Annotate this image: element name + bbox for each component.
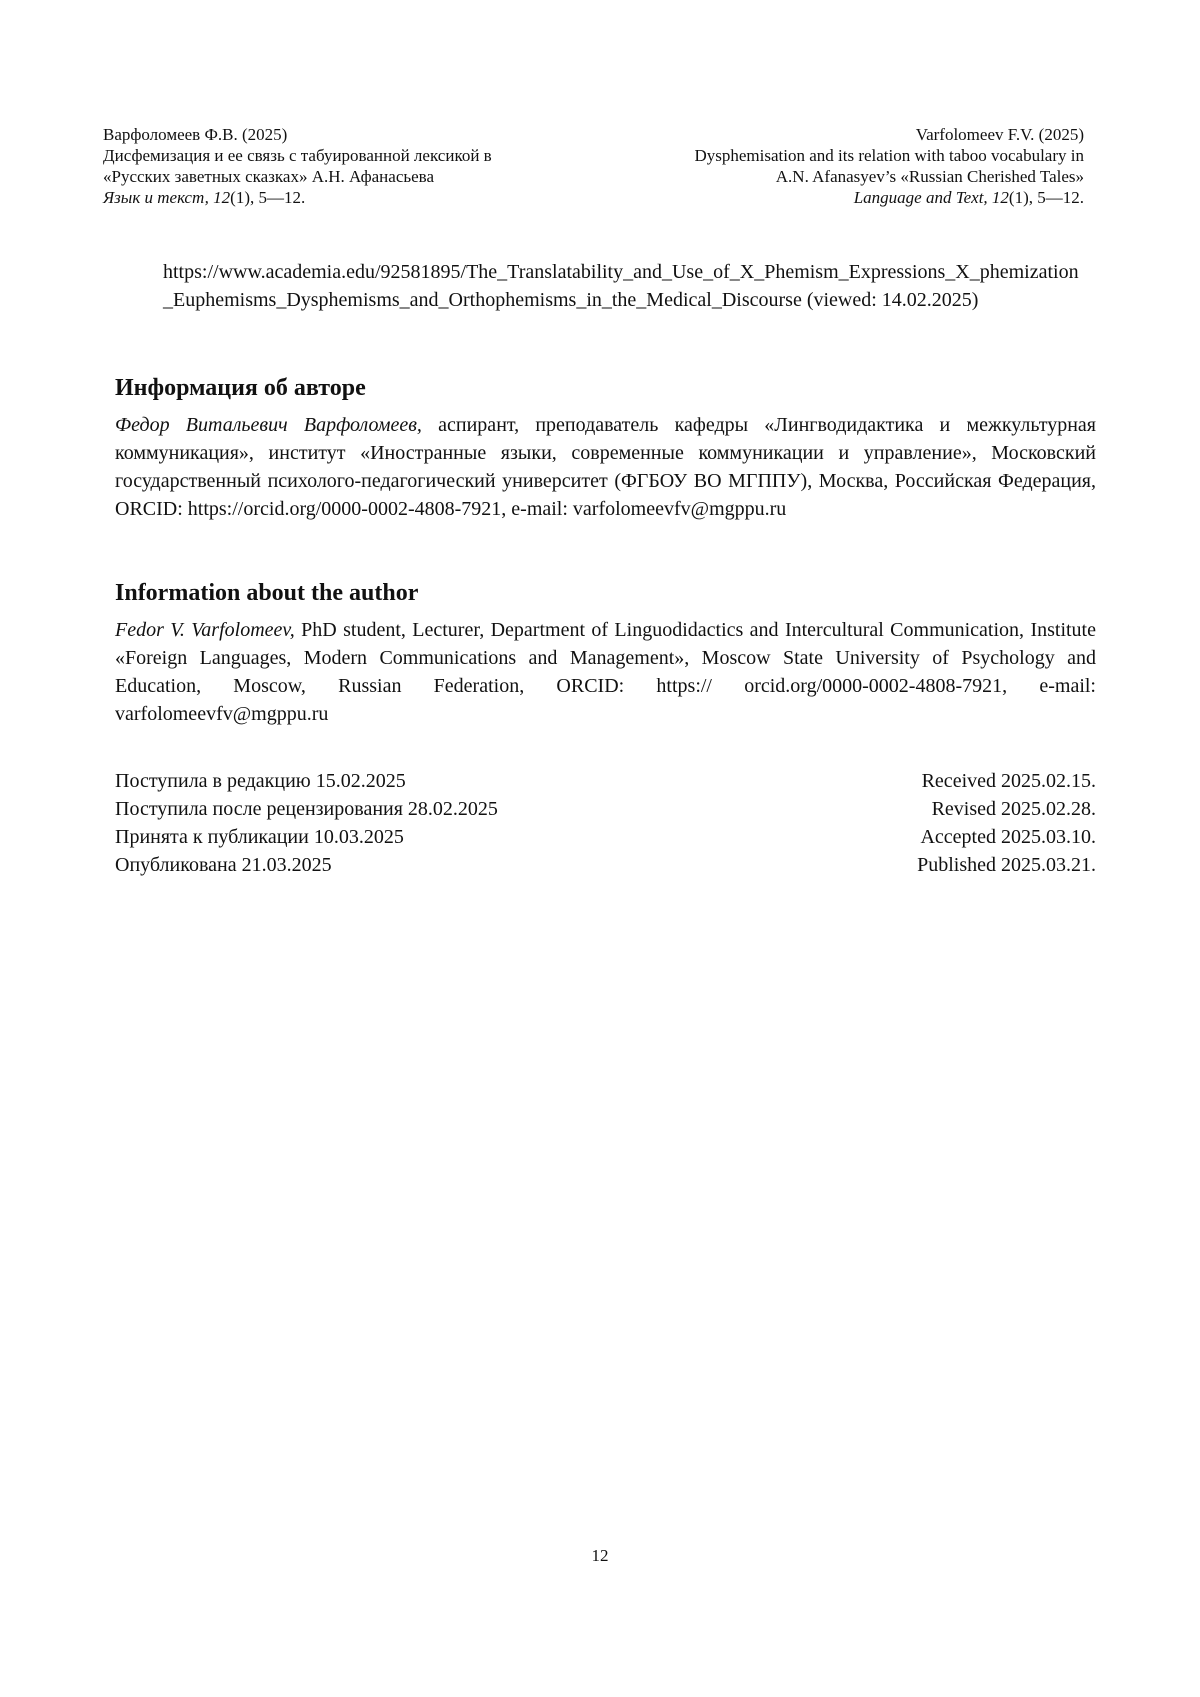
running-header: Варфоломеев Ф.В. (2025) Дисфемизация и е… — [103, 124, 1084, 208]
header-ru: Варфоломеев Ф.В. (2025) Дисфемизация и е… — [103, 124, 492, 208]
header-ru-title-line2: «Русских заветных сказках» А.Н. Афанасье… — [103, 166, 492, 187]
page-number: 12 — [0, 1546, 1200, 1566]
author-info-ru-paragraph: Федор Витальевич Варфоломеев, аспирант, … — [115, 411, 1096, 523]
date-en: Revised 2025.02.28. — [932, 795, 1096, 823]
header-en-issue-pages: (1), 5—12. — [1009, 188, 1084, 207]
date-ru: Поступила после рецензирования 28.02.202… — [115, 795, 498, 823]
author-info-ru: Информация об авторе Федор Витальевич Ва… — [115, 373, 1096, 523]
author-info-en-heading: Information about the author — [115, 578, 1096, 608]
date-row-accepted: Принята к публикации 10.03.2025 Accepted… — [115, 823, 1096, 851]
date-row-revised: Поступила после рецензирования 28.02.202… — [115, 795, 1096, 823]
date-ru: Поступила в редакцию 15.02.2025 — [115, 767, 406, 795]
header-ru-journal: Язык и текст, — [103, 188, 209, 207]
date-ru: Опубликована 21.03.2025 — [115, 851, 332, 879]
header-en-title-line1: Dysphemisation and its relation with tab… — [694, 145, 1084, 166]
date-ru: Принята к публикации 10.03.2025 — [115, 823, 404, 851]
date-en: Published 2025.03.21. — [917, 851, 1096, 879]
header-ru-issue-pages: (1), 5—12. — [230, 188, 305, 207]
header-ru-title-line1: Дисфемизация и ее связь с табуированной … — [103, 145, 492, 166]
header-en-journal: Language and Text, — [854, 188, 988, 207]
header-en: Varfolomeev F.V. (2025) Dysphemisation a… — [694, 124, 1084, 208]
date-row-published: Опубликована 21.03.2025 Published 2025.0… — [115, 851, 1096, 879]
date-row-received: Поступила в редакцию 15.02.2025 Received… — [115, 767, 1096, 795]
header-ru-volume: 12 — [213, 188, 230, 207]
author-info-ru-heading: Информация об авторе — [115, 373, 1096, 403]
publication-dates: Поступила в редакцию 15.02.2025 Received… — [115, 767, 1096, 879]
author-info-en: Information about the author Fedor V. Va… — [115, 578, 1096, 728]
header-ru-author: Варфоломеев Ф.В. (2025) — [103, 124, 492, 145]
header-en-citation: Language and Text, 12(1), 5—12. — [854, 187, 1084, 208]
author-info-en-paragraph: Fedor V. Varfolomeev, PhD student, Lectu… — [115, 616, 1096, 728]
header-en-volume: 12 — [992, 188, 1009, 207]
author-name-en: Fedor V. Varfolomeev, — [115, 619, 295, 641]
date-en: Received 2025.02.15. — [922, 767, 1096, 795]
header-en-author: Varfolomeev F.V. (2025) — [916, 124, 1084, 145]
reference-continuation: https://www.academia.edu/92581895/The_Tr… — [163, 258, 1084, 314]
date-en: Accepted 2025.03.10. — [920, 823, 1096, 851]
author-name-ru: Федор Витальевич Варфоломеев, — [115, 414, 422, 436]
header-en-title-line2: A.N. Afanasyev’s «Russian Cherished Tale… — [776, 166, 1084, 187]
header-ru-citation: Язык и текст, 12(1), 5—12. — [103, 187, 492, 208]
